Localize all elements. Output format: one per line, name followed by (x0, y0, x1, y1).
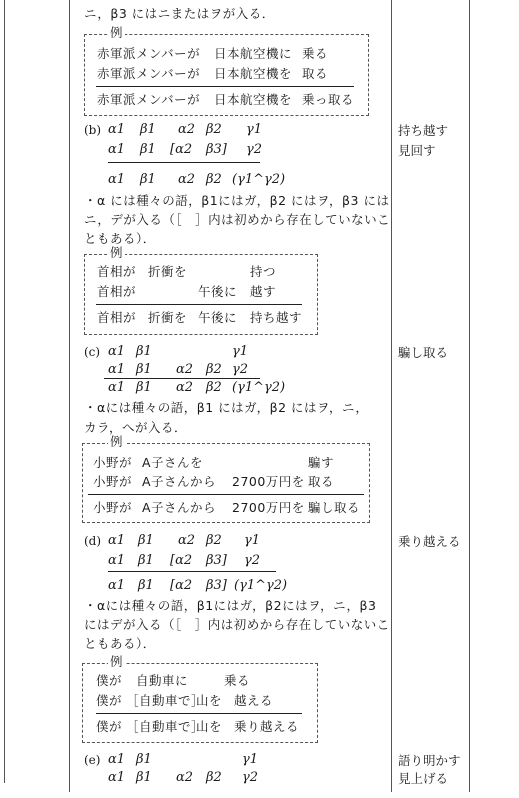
formula-term: [α2 (170, 553, 192, 569)
example-cell: A子さんを (142, 455, 203, 471)
formula-term: α2 (178, 172, 195, 188)
example-label: 例 (108, 246, 125, 260)
formula-term: (γ1^γ2) (232, 172, 285, 188)
example-result-cell: 2700万円を (232, 500, 305, 516)
formula-term: γ2 (244, 553, 260, 569)
formula-term: β1 (140, 142, 156, 158)
formula-term: α2 (178, 122, 195, 138)
example-result-cell: 小野が (93, 500, 132, 516)
example-result-cell: 騙し取る (308, 500, 360, 516)
example-cell: 午後に (198, 284, 237, 300)
example-label: 例 (108, 655, 125, 669)
side-word: 見上げる (398, 770, 448, 787)
note-line: ・α には種々の語，β1にはガ，β2 にはヲ，β3 には (84, 193, 389, 209)
example-result-cell: 赤軍派メンバーが (97, 92, 200, 108)
formula-term: α1 (108, 172, 125, 188)
page-left-rule (4, 0, 5, 783)
formula-term: β2 (206, 122, 222, 138)
example-cell: 越す (250, 284, 276, 300)
formula-term: α1 (108, 578, 125, 594)
example-cell: 小野が (93, 474, 132, 490)
side-word: 見回す (398, 142, 436, 159)
formula-term: α1 (108, 344, 125, 360)
formula-term: β2 (206, 172, 222, 188)
formula-term: [α2 (170, 142, 192, 158)
section-marker-d: (d) (84, 533, 101, 549)
example-cell: A子さんから (142, 474, 216, 490)
formula-term: β1 (136, 362, 152, 378)
example-result-cell: 乗っ取る (302, 92, 354, 108)
formula-term: β1 (136, 770, 152, 786)
formula-term: β2 (206, 770, 222, 786)
example-cell: 首相が (97, 284, 136, 300)
formula-term: α1 (108, 142, 125, 158)
side-word: 持ち越す (398, 122, 448, 139)
formula-term: β3] (206, 578, 227, 594)
formula-term: γ2 (246, 142, 262, 158)
example-cell: 日本航空機を (214, 66, 292, 82)
example-result-cell: A子さんから (142, 500, 216, 516)
formula-term: β1 (138, 533, 154, 549)
example-cell: 僕が (96, 673, 122, 689)
example-cell: ［自動車で］ (126, 693, 204, 709)
formula-term: α2 (176, 380, 193, 396)
example-cell: 越える (234, 693, 273, 709)
formula-term: α1 (108, 770, 125, 786)
formula-term: α1 (108, 380, 125, 396)
example-result-cell: 持ち越す (250, 310, 302, 326)
formula-term: β1 (136, 380, 152, 396)
formula-sum-rule (108, 162, 260, 163)
note-line: ともある）． (84, 636, 156, 652)
example-cell: 山を (196, 693, 222, 709)
note-line: ・αには種々の語，β1 にはガ，β2 にはヲ，ニ， (84, 400, 368, 416)
example-result-cell: 乗り越える (234, 719, 299, 735)
example-cell: 取る (302, 66, 328, 82)
formula-term: α2 (178, 533, 195, 549)
formula-term: β1 (140, 172, 156, 188)
example-result-cell: 山を (196, 719, 222, 735)
formula-term: α2 (176, 770, 193, 786)
note-line: にはデが入る（［ ］内は初めから存在していないこ (84, 617, 390, 633)
example-cell: 乗る (224, 673, 250, 689)
formula-sum-rule (108, 571, 276, 572)
formula-term: α1 (108, 122, 125, 138)
side-word: 語り明かす (398, 752, 461, 769)
example-sum-rule (96, 713, 302, 714)
example-sum-rule (96, 86, 354, 87)
formula-term: γ1 (232, 344, 248, 360)
section-marker-e: (e) (84, 752, 100, 768)
page-right-rule (469, 0, 470, 792)
formula-term: β2 (206, 533, 222, 549)
formula-term: β1 (140, 122, 156, 138)
example-cell: 騙す (308, 455, 334, 471)
example-cell: 自動車に (136, 673, 188, 689)
example-result-cell: 折衝を (148, 310, 187, 326)
side-word: 騙し取る (398, 344, 448, 361)
example-result-cell: 午後に (198, 310, 237, 326)
formula-term: α1 (108, 752, 125, 768)
formula-term: γ2 (242, 770, 258, 786)
example-label: 例 (108, 26, 125, 40)
example-result-cell: ［自動車で］ (126, 719, 204, 735)
example-cell: 折衝を (148, 264, 187, 280)
side-word: 乗り越える (398, 533, 461, 550)
example-cell: 小野が (93, 455, 132, 471)
formula-term: γ1 (246, 122, 262, 138)
example-cell: 赤軍派メンバーが (97, 46, 200, 62)
formula-term: (γ1^γ2) (232, 380, 285, 396)
formula-term: β1 (138, 578, 154, 594)
formula-term: β3] (206, 553, 227, 569)
formula-term: β2 (206, 380, 222, 396)
formula-term: α1 (108, 533, 125, 549)
section-marker-b: (b) (84, 122, 101, 138)
example-result-cell: 日本航空機を (214, 92, 292, 108)
formula-term: [α2 (170, 578, 192, 594)
column-divider-rule (391, 0, 392, 792)
formula-term: β3] (206, 142, 227, 158)
formula-term: γ1 (242, 752, 258, 768)
formula-term: β2 (206, 362, 222, 378)
example-cell: 2700万円を (232, 474, 305, 490)
example-sum-rule (96, 304, 302, 305)
example-cell: 僕が (96, 693, 122, 709)
note-line: カラ，へが入る． (84, 420, 187, 436)
example-cell: 日本航空機に (214, 46, 292, 62)
example-cell: 首相が (97, 264, 136, 280)
example-result-cell: 僕が (96, 719, 122, 735)
note-line: ・αには種々の語，β1にはガ，β2にはヲ，ニ，β3 (84, 598, 376, 614)
example-sum-rule (88, 494, 364, 495)
formula-term: β1 (138, 553, 154, 569)
formula-term: (γ1^γ2) (234, 578, 287, 594)
formula-term: α1 (108, 362, 125, 378)
formula-term: β1 (136, 344, 152, 360)
content-left-rule (69, 0, 70, 792)
formula-term: β1 (136, 752, 152, 768)
example-result-cell: 首相が (97, 310, 136, 326)
example-cell: 乗る (302, 46, 328, 62)
note-line: ニ，デが入る（［ ］内は初めから存在していないこ (84, 212, 390, 228)
intro-text: ニ，β3 にはニまたはヲが入る． (84, 6, 275, 22)
section-marker-c: (c) (84, 344, 100, 360)
example-cell: 取る (308, 474, 334, 490)
example-label: 例 (108, 435, 125, 449)
example-cell: 赤軍派メンバーが (97, 66, 200, 82)
formula-term: γ2 (232, 362, 248, 378)
formula-sum-rule (104, 378, 260, 379)
formula-term: α1 (108, 553, 125, 569)
formula-term: γ1 (244, 533, 260, 549)
formula-term: α2 (176, 362, 193, 378)
example-cell: 持つ (250, 264, 276, 280)
